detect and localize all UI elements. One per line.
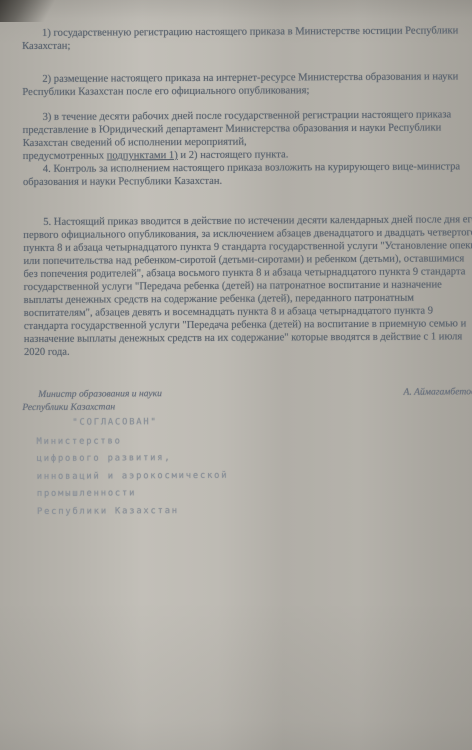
signature-block: Министр образования и науки Республики К… [24,385,472,414]
signatory-title-line1: Министр образования и науки [38,387,162,401]
approval-org-line5: Республики Казахстан [25,501,472,521]
signatory-name: А. Аймагамбетов [403,385,472,398]
order-subitem-3-text: 3) в течение десяти рабочих дней после г… [23,109,452,149]
order-subitem-3: 3) в течение десяти рабочих дней после г… [23,108,472,163]
order-item-4: 4. Контроль за исполнением настоящего пр… [23,160,472,189]
order-item-5: 5. Настоящий приказ вводится в действие … [23,213,472,359]
approval-block: "СОГЛАСОВАН" Министерство цифрового разв… [24,412,472,521]
signatory-title: Министр образования и науки Республики К… [24,387,162,414]
signatory-title-line2: Республики Казахстан [22,400,162,414]
subpoints-reference-underlined: подпунктами 1) [107,150,178,161]
approval-stamp: "СОГЛАСОВАН" [24,412,472,432]
paper-sheet: 1) государственную регистрацию настоящег… [22,24,472,521]
order-subitem-3-continuation: предусмотренных [23,150,107,162]
document-photo: { "doc": { "para1": "1) государственную … [0,0,472,750]
order-subitem-1: 1) государственную регистрацию настоящег… [22,24,472,53]
order-subitem-2: 2) размещение настоящего приказа на инте… [22,70,472,99]
photo-corner-shadow [0,0,78,22]
order-subitem-3-tail: и 2) настоящего пункта. [178,149,289,161]
